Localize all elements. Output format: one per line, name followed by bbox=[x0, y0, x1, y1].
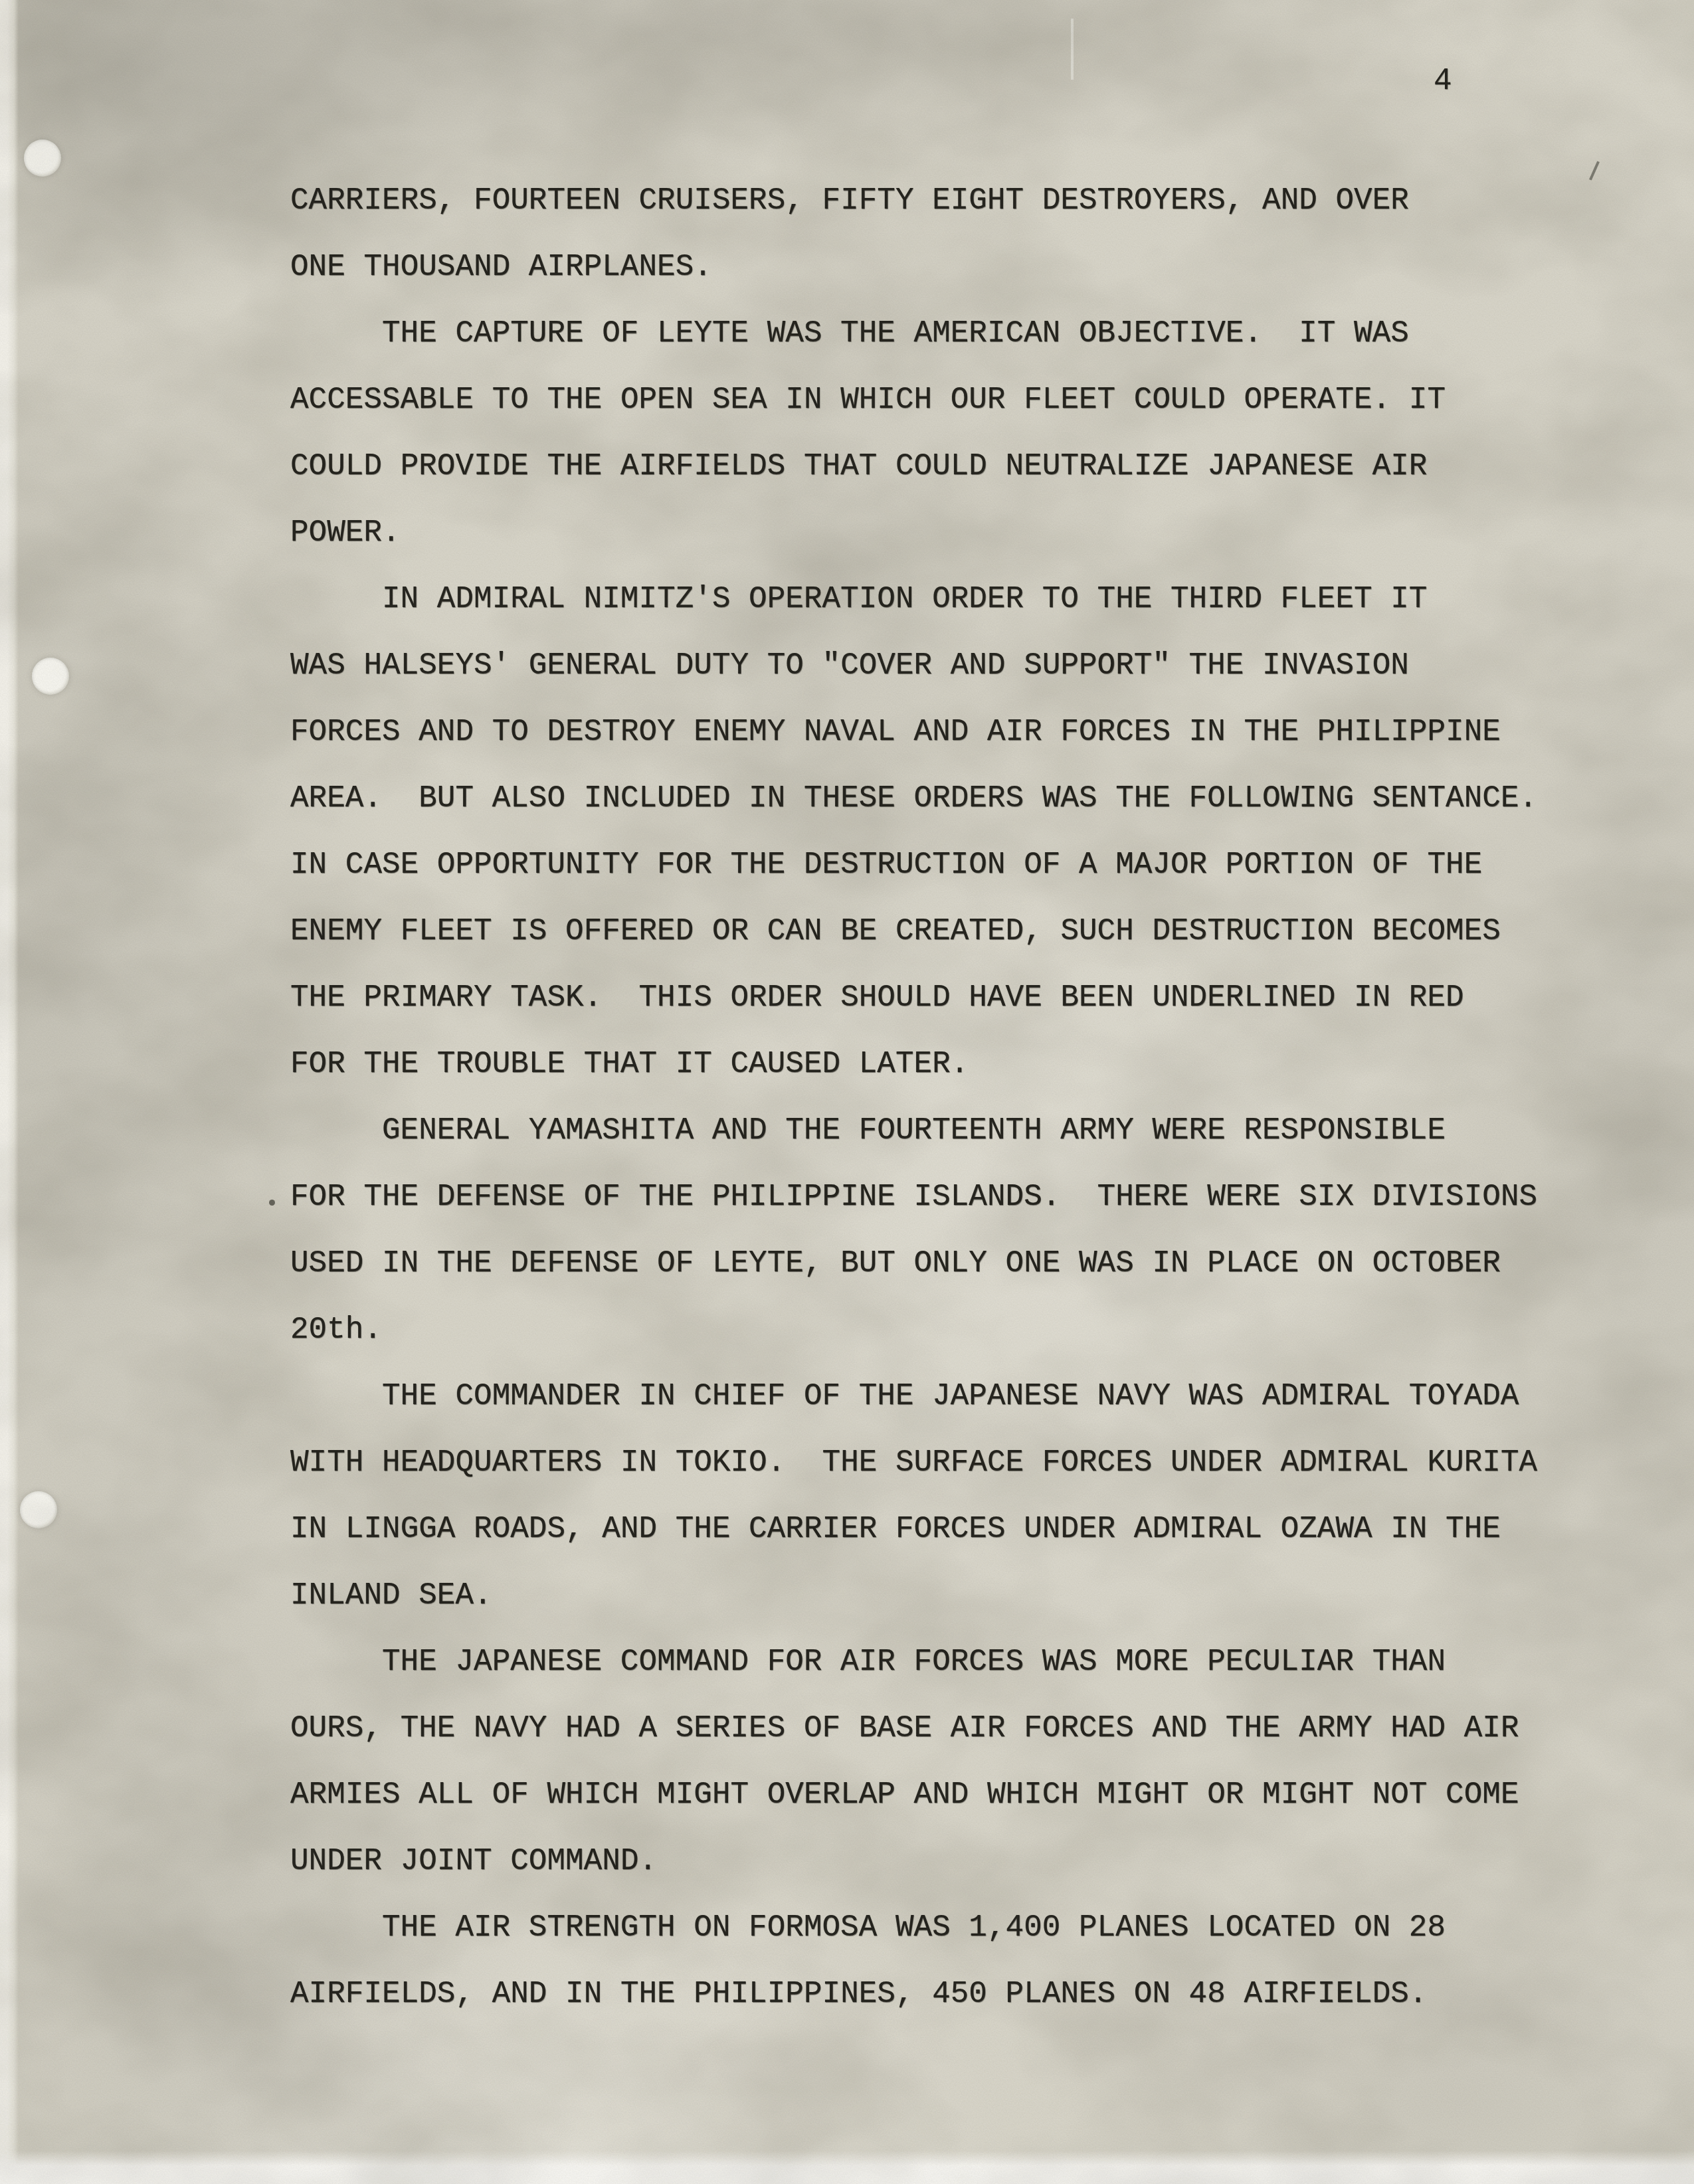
typewritten-text-block: CARRIERS, FOURTEEN CRUISERS, FIFTY EIGHT… bbox=[290, 167, 1537, 2027]
text-line: COULD PROVIDE THE AIRFIELDS THAT COULD N… bbox=[290, 433, 1537, 500]
text-line: ARMIES ALL OF WHICH MIGHT OVERLAP AND WH… bbox=[290, 1762, 1537, 1828]
scanned-typewritten-page: 4 CARRIERS, FOURTEEN CRUISERS, FIFTY EIG… bbox=[0, 0, 1694, 2184]
text-line: POWER. bbox=[290, 500, 1537, 566]
text-line: THE JAPANESE COMMAND FOR AIR FORCES WAS … bbox=[290, 1629, 1537, 1695]
text-line: THE CAPTURE OF LEYTE WAS THE AMERICAN OB… bbox=[290, 300, 1537, 367]
text-line: THE AIR STRENGTH ON FORMOSA WAS 1,400 PL… bbox=[290, 1894, 1537, 1961]
text-line: THE COMMANDER IN CHIEF OF THE JAPANESE N… bbox=[290, 1363, 1537, 1429]
hole-punch bbox=[20, 1491, 57, 1528]
text-line: INLAND SEA. bbox=[290, 1562, 1537, 1629]
stray-ink-mark bbox=[269, 1200, 275, 1206]
text-line: 20th. bbox=[290, 1297, 1537, 1363]
stray-pen-mark bbox=[1589, 161, 1600, 180]
text-line: ACCESSABLE TO THE OPEN SEA IN WHICH OUR … bbox=[290, 367, 1537, 433]
text-line: AIRFIELDS, AND IN THE PHILIPPINES, 450 P… bbox=[290, 1961, 1537, 2027]
text-line: UNDER JOINT COMMAND. bbox=[290, 1828, 1537, 1894]
text-line: AREA. BUT ALSO INCLUDED IN THESE ORDERS … bbox=[290, 765, 1537, 832]
text-line: CARRIERS, FOURTEEN CRUISERS, FIFTY EIGHT… bbox=[290, 167, 1537, 234]
text-line: IN CASE OPPORTUNITY FOR THE DESTRUCTION … bbox=[290, 832, 1537, 898]
scan-scratch-mark bbox=[1071, 19, 1074, 80]
text-line: WITH HEADQUARTERS IN TOKIO. THE SURFACE … bbox=[290, 1429, 1537, 1496]
text-line: OURS, THE NAVY HAD A SERIES OF BASE AIR … bbox=[290, 1695, 1537, 1762]
text-line: THE PRIMARY TASK. THIS ORDER SHOULD HAVE… bbox=[290, 964, 1537, 1031]
text-line: ENEMY FLEET IS OFFERED OR CAN BE CREATED… bbox=[290, 898, 1537, 964]
text-line: FORCES AND TO DESTROY ENEMY NAVAL AND AI… bbox=[290, 699, 1537, 765]
text-line: FOR THE TROUBLE THAT IT CAUSED LATER. bbox=[290, 1031, 1537, 1097]
page-number: 4 bbox=[1434, 61, 1452, 101]
text-line: GENERAL YAMASHITA AND THE FOURTEENTH ARM… bbox=[290, 1097, 1537, 1164]
text-line: USED IN THE DEFENSE OF LEYTE, BUT ONLY O… bbox=[290, 1230, 1537, 1297]
text-line: IN LINGGA ROADS, AND THE CARRIER FORCES … bbox=[290, 1496, 1537, 1562]
text-line: FOR THE DEFENSE OF THE PHILIPPINE ISLAND… bbox=[290, 1164, 1537, 1230]
hole-punch bbox=[32, 658, 69, 695]
text-line: ONE THOUSAND AIRPLANES. bbox=[290, 234, 1537, 300]
scan-edge-bottom bbox=[0, 2151, 1694, 2184]
text-line: IN ADMIRAL NIMITZ'S OPERATION ORDER TO T… bbox=[290, 566, 1537, 632]
scan-edge-left bbox=[0, 0, 19, 2184]
hole-punch bbox=[24, 139, 61, 177]
text-line: WAS HALSEYS' GENERAL DUTY TO "COVER AND … bbox=[290, 632, 1537, 699]
